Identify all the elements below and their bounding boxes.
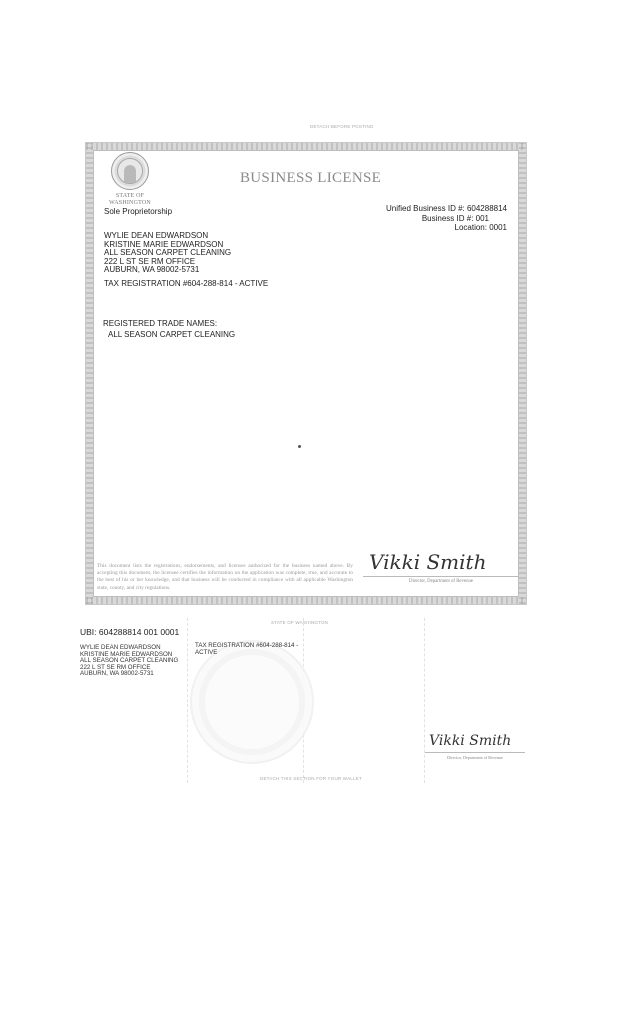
wallet-address: WYLIE DEAN EDWARDSON KRISTINE MARIE EDWA… — [80, 645, 178, 678]
state-seal-block: STATE OF WASHINGTON — [105, 152, 155, 207]
trade-name: ALL SEASON CARPET CLEANING — [108, 331, 235, 340]
license-title: BUSINESS LICENSE — [240, 170, 381, 187]
location-id: Location: 0001 — [386, 223, 507, 233]
wallet-signature-title: Director, Department of Revenue — [425, 755, 525, 760]
seal-caption-line1: STATE OF — [105, 193, 155, 200]
scan-speck — [298, 445, 301, 448]
trade-names-heading: REGISTERED TRADE NAMES: — [103, 320, 217, 329]
state-seal-icon — [111, 152, 149, 190]
license-disclaimer: This document lists the registrations, e… — [97, 563, 353, 592]
perforation-line-left — [187, 618, 188, 783]
watermark-seal-icon — [190, 640, 314, 764]
tax-registration: TAX REGISTRATION #604-288-814 - ACTIVE — [104, 280, 268, 289]
seal-caption-line2: WASHINGTON — [105, 200, 155, 207]
director-signature-block: Vikki Smith Director, Department of Reve… — [363, 550, 519, 584]
wallet-tax-line2: ACTIVE — [195, 650, 298, 657]
signature-line — [363, 576, 519, 577]
wallet-director-signature: Vikki Smith — [425, 733, 525, 749]
detach-before-posting-caption: DETACH BEFORE POSTING — [310, 124, 374, 129]
wallet-ubi: UBI: 604288814 001 0001 — [80, 627, 179, 637]
business-license-certificate: STATE OF WASHINGTON BUSINESS LICENSE Sol… — [86, 143, 526, 604]
director-signature: Vikki Smith — [363, 550, 519, 574]
licensee-address: WYLIE DEAN EDWARDSON KRISTINE MARIE EDWA… — [104, 232, 231, 275]
address-line: AUBURN, WA 98002-5731 — [80, 671, 178, 678]
business-ids: Unified Business ID #: 604288814 Busines… — [386, 204, 507, 233]
detach-wallet-caption: DETACH THIS SECTION FOR YOUR WALLET — [260, 776, 362, 781]
entity-type: Sole Proprietorship — [104, 208, 172, 217]
business-id: Business ID #: 001 — [386, 214, 507, 224]
unified-business-id: Unified Business ID #: 604288814 — [386, 204, 507, 214]
signature-title: Director, Department of Revenue — [363, 579, 519, 584]
address-line: AUBURN, WA 98002-5731 — [104, 266, 231, 275]
wallet-state-heading: STATE OF WASHINGTON — [271, 620, 328, 625]
wallet-signature-line — [425, 752, 525, 753]
wallet-tax-registration: TAX REGISTRATION #604-288-814 - ACTIVE — [195, 643, 298, 656]
wallet-signature-block: Vikki Smith Director, Department of Reve… — [425, 733, 525, 760]
